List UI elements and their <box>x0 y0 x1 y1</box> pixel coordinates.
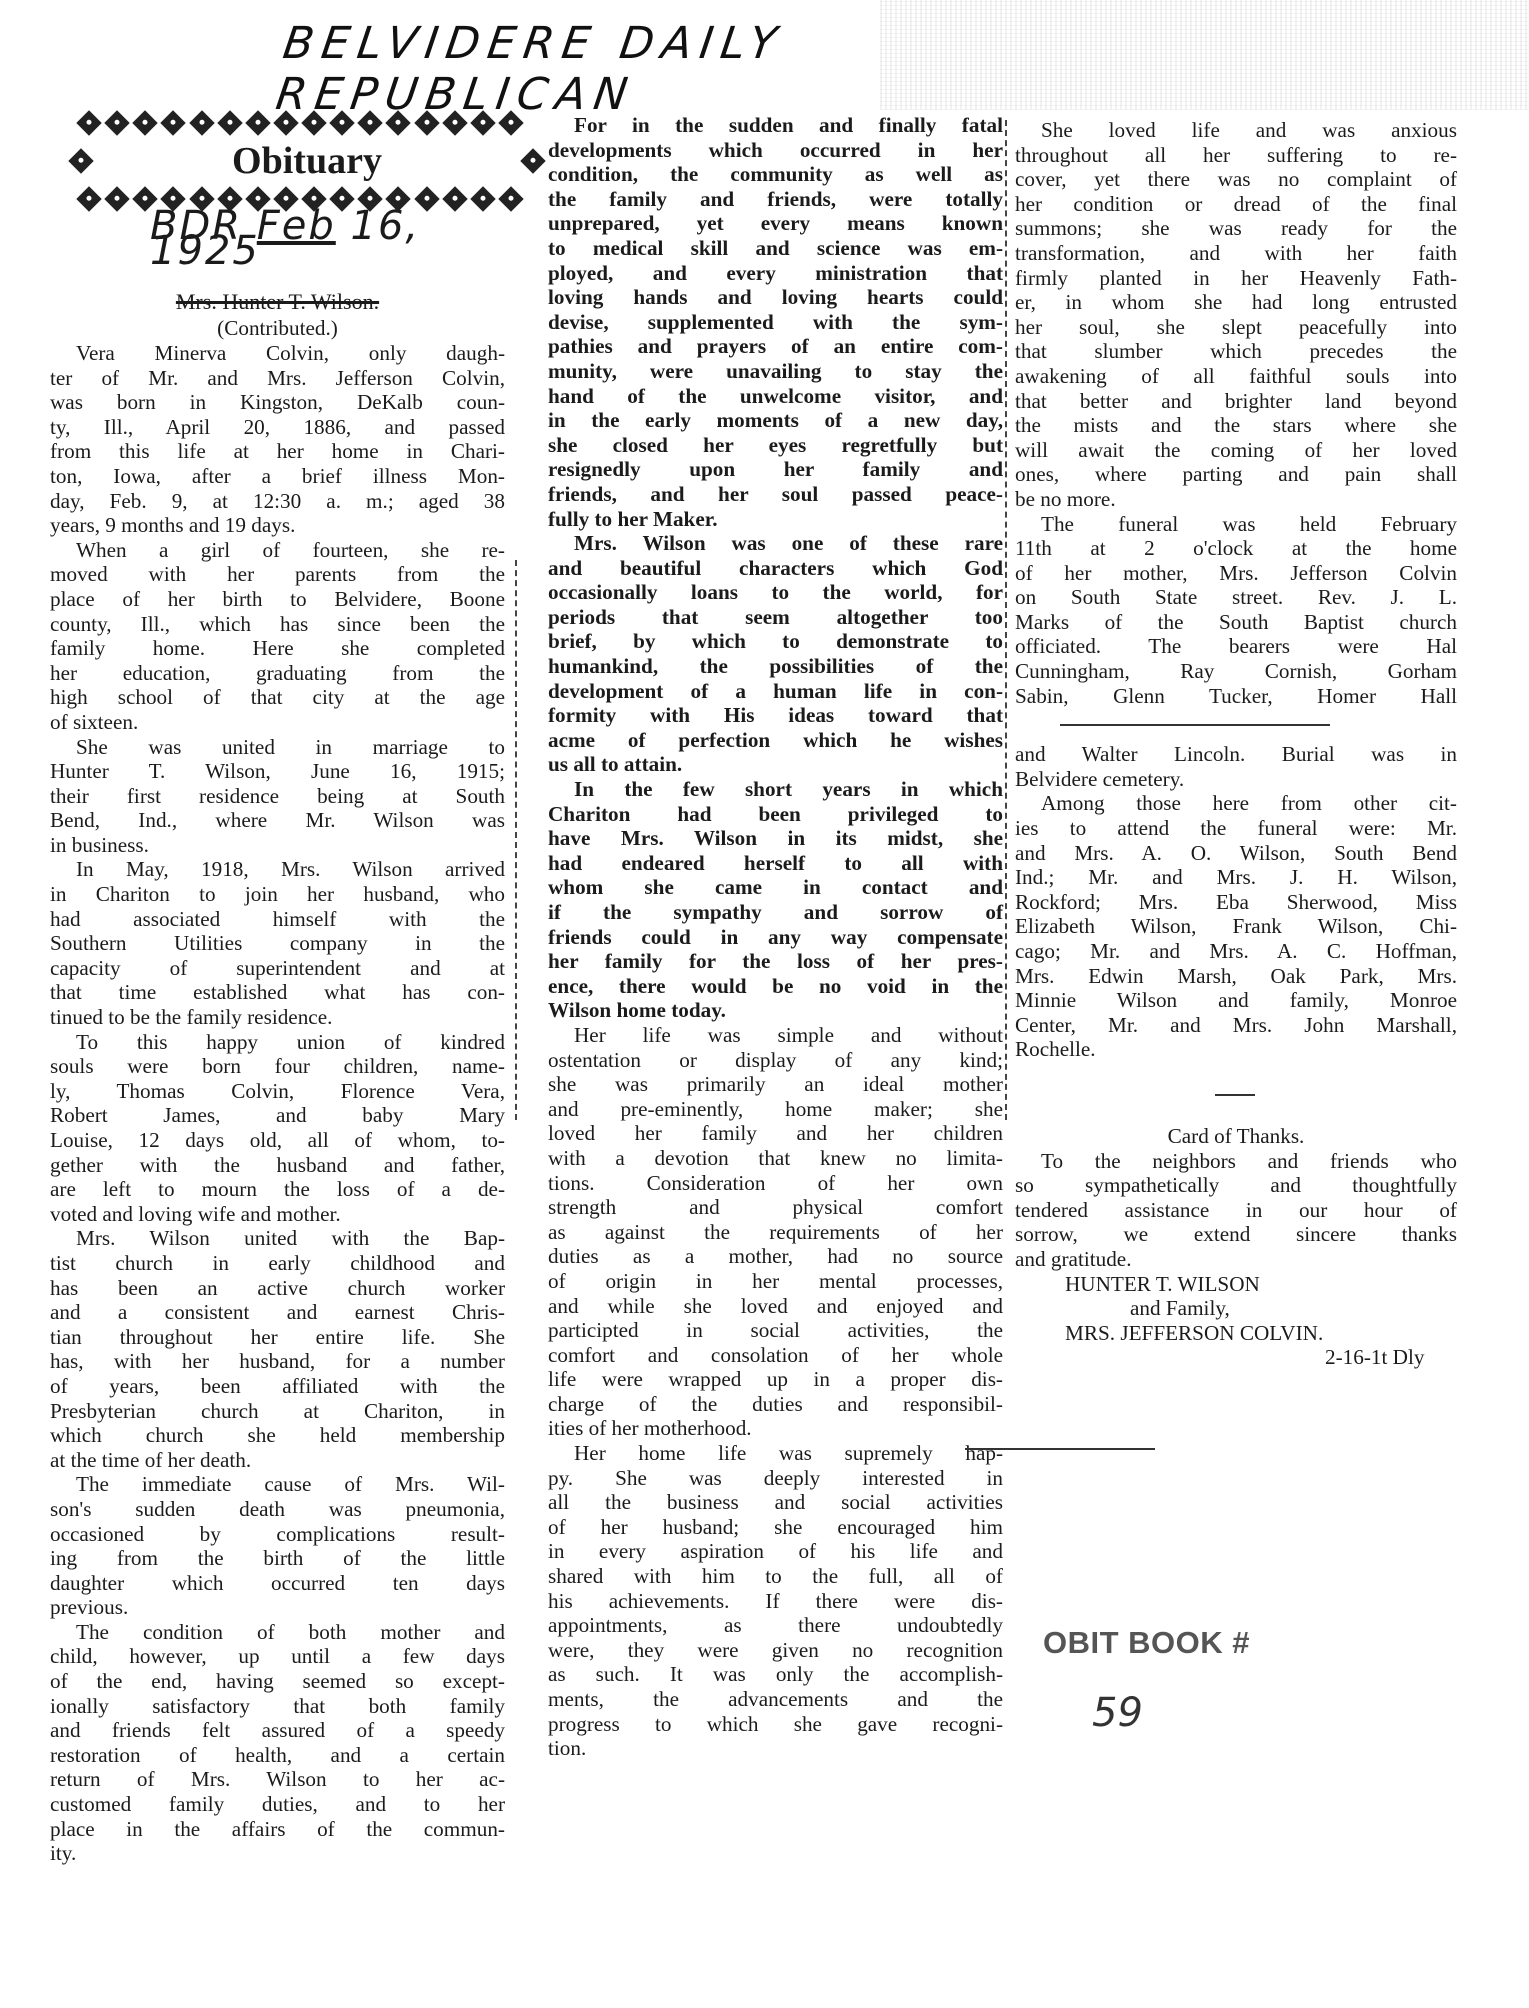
text-line: development of a human life in con- <box>548 679 1003 704</box>
text-line: as against the requirements of her <box>548 1220 1003 1245</box>
ornament-diamond-icon <box>104 186 129 211</box>
text-line: ones, where parting and pain shall <box>1015 462 1457 487</box>
text-line: that slumber which precedes the <box>1015 339 1457 364</box>
text-line: fully to her Maker. <box>548 507 1003 532</box>
text-line: summons; she was ready for the <box>1015 216 1457 241</box>
text-line: ing from the birth of the little <box>50 1546 505 1571</box>
text-line: Cunningham, Ray Cornish, Gorham <box>1015 659 1457 684</box>
text-line: his achievements. If there were dis- <box>548 1589 1003 1614</box>
text-line: Southern Utilities company in the <box>50 931 505 956</box>
text-line: awakening of all faithful souls into <box>1015 364 1457 389</box>
handwritten-date: BDR Feb 16, 1925 <box>150 214 505 270</box>
text-line: her family for the loss of her pres- <box>548 949 1003 974</box>
ornament-diamond-icon <box>161 110 186 135</box>
ornament-diamond-icon <box>104 110 129 135</box>
text-line: from this life at her home in Chari- <box>50 439 505 464</box>
text-line: place of her birth to Belvidere, Boone <box>50 587 505 612</box>
text-line: Chariton had been privileged to <box>548 802 1003 827</box>
card-of-thanks: Card of Thanks. To the neighbors and fri… <box>1015 1124 1457 1370</box>
text-line: in Chariton to join her husband, who <box>50 882 505 907</box>
column-2-bold-body: For in the sudden and finally fataldevel… <box>548 113 1003 1023</box>
text-line: developments which occurred in her <box>548 138 1003 163</box>
column-2: For in the sudden and finally fataldevel… <box>548 113 1003 1761</box>
text-line: Mrs. Wilson was one of these rare <box>548 531 1003 556</box>
ornament-diamond-icon <box>245 110 270 135</box>
text-line: tendered assistance in our hour of <box>1015 1198 1457 1223</box>
handwritten-date-month: Feb <box>257 203 336 249</box>
text-line: Ind.; Mr. and Mrs. J. H. Wilson, <box>1015 865 1457 890</box>
text-line: Presbyterian church at Chariton, in <box>50 1399 505 1424</box>
text-line: all the business and social activities <box>548 1490 1003 1515</box>
text-line: will await the coming of her loved <box>1015 438 1457 463</box>
text-line: brief, by which to demonstrate to <box>548 629 1003 654</box>
text-line: has, with her husband, for a number <box>50 1349 505 1374</box>
text-line: cago; Mr. and Mrs. A. C. Hoffman, <box>1015 939 1457 964</box>
text-line: daughter which occurred ten days <box>50 1571 505 1596</box>
column-3-bottom-body: and Walter Lincoln. Burial was inBelvide… <box>1015 742 1457 1062</box>
ornament-diamond-icon <box>442 186 467 211</box>
text-line: and friends felt assured of a speedy <box>50 1718 505 1743</box>
struck-name-text: Mrs. Hunter T. Wilson. <box>176 289 379 314</box>
text-line: and while she loved and enjoyed and <box>548 1294 1003 1319</box>
ornament-diamond-icon <box>470 186 495 211</box>
text-line: and Walter Lincoln. Burial was in <box>1015 742 1457 767</box>
text-line: restoration of health, and a certain <box>50 1743 505 1768</box>
text-line: of her mother, Mrs. Jefferson Colvin <box>1015 561 1457 586</box>
card-of-thanks-body: To the neighbors and friends whoso sympa… <box>1015 1149 1457 1272</box>
text-line: sorrow, we extend sincere thanks <box>1015 1222 1457 1247</box>
text-line: 11th at 2 o'clock at the home <box>1015 536 1457 561</box>
text-line: officiated. The bearers were Hal <box>1015 634 1457 659</box>
text-line: Elizabeth Wilson, Frank Wilson, Chi- <box>1015 914 1457 939</box>
ornament-diamond-icon <box>273 110 298 135</box>
text-line: cover, yet there was no complaint of <box>1015 167 1457 192</box>
text-line: loving hands and loving hearts could <box>548 285 1003 310</box>
ornament-diamond-icon <box>414 110 439 135</box>
obituary-heading-row: Obituary <box>72 138 542 184</box>
text-line: if the sympathy and sorrow of <box>548 900 1003 925</box>
text-line: that better and brighter land beyond <box>1015 389 1457 414</box>
signature-and-family: and Family, <box>1015 1296 1457 1321</box>
card-of-thanks-title: Card of Thanks. <box>1015 1124 1457 1149</box>
text-line: of sixteen. <box>50 710 505 735</box>
text-line: ter of Mr. and Mrs. Jefferson Colvin, <box>50 366 505 391</box>
text-line: Her life was simple and without <box>548 1023 1003 1048</box>
text-line: The immediate cause of Mrs. Wil- <box>50 1472 505 1497</box>
text-line: Rochelle. <box>1015 1037 1457 1062</box>
ornament-diamond-icon <box>358 110 383 135</box>
text-line: The funeral was held February <box>1015 512 1457 537</box>
text-line: participted in social activities, the <box>548 1318 1003 1343</box>
text-line: years, 9 months and 19 days. <box>50 513 505 538</box>
text-line: were, they were given no recognition <box>548 1638 1003 1663</box>
text-line: has been an active church worker <box>50 1276 505 1301</box>
text-line: Belvidere cemetery. <box>1015 767 1457 792</box>
text-line: the family and friends, were totally <box>548 187 1003 212</box>
ornament-diamond-icon <box>76 110 101 135</box>
text-line: which church she held membership <box>50 1423 505 1448</box>
text-line: life were wrapped up in a proper dis- <box>548 1367 1003 1392</box>
text-line: Sabin, Glenn Tucker, Homer Hall <box>1015 684 1457 709</box>
text-line: occasioned by complications result- <box>50 1522 505 1547</box>
signature-mrs-colvin: MRS. JEFFERSON COLVIN. <box>1015 1321 1457 1346</box>
text-line: are left to mourn the loss of a de- <box>50 1177 505 1202</box>
text-line: tions. Consideration of her own <box>548 1171 1003 1196</box>
text-line: The condition of both mother and <box>50 1620 505 1645</box>
column-1-body: Vera Minerva Colvin, only daugh-ter of M… <box>50 341 505 1866</box>
text-line: whom she came in contact and <box>548 875 1003 900</box>
text-line: friends, and her soul passed peace- <box>548 482 1003 507</box>
text-line: high school of that city at the age <box>50 685 505 710</box>
ornament-diamond-icon <box>498 186 523 211</box>
text-line: had endeared herself to all with <box>548 851 1003 876</box>
text-line: condition, the community as well as <box>548 162 1003 187</box>
text-line: on South State street. Rev. J. L. <box>1015 585 1457 610</box>
text-line: her condition or dread of the final <box>1015 192 1457 217</box>
text-line: firmly planted in her Heavenly Fath- <box>1015 266 1457 291</box>
text-line: resignedly upon her family and <box>548 457 1003 482</box>
text-line: ly, Thomas Colvin, Florence Vera, <box>50 1079 505 1104</box>
obit-book-stamp: OBIT BOOK # <box>1043 1625 1250 1661</box>
text-line: For in the sudden and finally fatal <box>548 113 1003 138</box>
text-line: Vera Minerva Colvin, only daugh- <box>50 341 505 366</box>
text-line: Center, Mr. and Mrs. John Marshall, <box>1015 1013 1457 1038</box>
ornament-diamond-icon <box>189 110 214 135</box>
text-line: gether with the husband and father, <box>50 1153 505 1178</box>
column-divider-2 <box>1005 120 1007 1120</box>
text-line: ence, there would be no void in the <box>548 974 1003 999</box>
text-line: munity, were unavailing to stay the <box>548 359 1003 384</box>
text-line: capacity of superintendent and at <box>50 956 505 981</box>
text-line: appointments, as there undoubtedly <box>548 1613 1003 1638</box>
text-line: day, Feb. 9, at 12:30 a. m.; aged 38 <box>50 489 505 514</box>
text-line: In the few short years in which <box>548 777 1003 802</box>
text-line: Marks of the South Baptist church <box>1015 610 1457 635</box>
text-line: and Mrs. A. O. Wilson, South Bend <box>1015 841 1457 866</box>
text-line: that time established what has con- <box>50 980 505 1005</box>
text-line: return of Mrs. Wilson to her ac- <box>50 1767 505 1792</box>
text-line: the mists and the stars where she <box>1015 413 1457 438</box>
text-line: of her husband; she encouraged him <box>548 1515 1003 1540</box>
contributed-label: (Contributed.) <box>50 316 505 341</box>
text-line: had associated himself with the <box>50 907 505 932</box>
text-line: devise, supplemented with the sym- <box>548 310 1003 335</box>
ornament-diamond-icon <box>329 110 354 135</box>
text-line: shared with him to the full, all of <box>548 1564 1003 1589</box>
text-line: of years, been affiliated with the <box>50 1374 505 1399</box>
text-line: hand of the unwelcome visitor, and <box>548 384 1003 409</box>
ornament-diamond-icon <box>217 110 242 135</box>
ornament-diamond-icon <box>68 148 93 173</box>
text-line: ionally satisfactory that both family <box>50 1694 505 1719</box>
text-line: was born in Kingston, DeKalb coun- <box>50 390 505 415</box>
text-line: Hunter T. Wilson, June 16, 1915; <box>50 759 505 784</box>
section-rule-wrap <box>1015 708 1457 742</box>
text-line: progress to which she gave recogni- <box>548 1712 1003 1737</box>
text-line: formity with His ideas toward that <box>548 703 1003 728</box>
text-line: their first residence being at South <box>50 784 505 809</box>
text-line: To this happy union of kindred <box>50 1030 505 1055</box>
ornament-diamond-icon <box>76 186 101 211</box>
obituary-heading: Obituary <box>232 149 382 174</box>
text-line: Her home life was supremely hap- <box>548 1441 1003 1466</box>
obit-book-number: 59 <box>1092 1690 1143 1736</box>
text-line: Mrs. Edwin Marsh, Oak Park, Mrs. <box>1015 964 1457 989</box>
text-line: with a devotion that knew no limita- <box>548 1146 1003 1171</box>
ornament-diamond-icon <box>301 110 326 135</box>
text-line: son's sudden death was pneumonia, <box>50 1497 505 1522</box>
text-line: ities of her motherhood. <box>548 1416 1003 1441</box>
text-line: of origin in her mental processes, <box>548 1269 1003 1294</box>
text-line: and a consistent and earnest Chris- <box>50 1300 505 1325</box>
text-line: ostentation or display of any kind; <box>548 1048 1003 1073</box>
text-line: Robert James, and baby Mary <box>50 1103 505 1128</box>
text-line: ployed, and every ministration that <box>548 261 1003 286</box>
text-line: and gratitude. <box>1015 1247 1457 1272</box>
text-line: tinued to be the family residence. <box>50 1005 505 1030</box>
text-line: friends could in any way compensate <box>548 925 1003 950</box>
text-line: ty, Ill., April 20, 1886, and passed <box>50 415 505 440</box>
text-line: she was primarily an ideal mother <box>548 1072 1003 1097</box>
text-line: ies to attend the funeral were: Mr. <box>1015 816 1457 841</box>
text-line: child, however, up until a few days <box>50 1644 505 1669</box>
text-line: Mrs. Wilson united with the Bap- <box>50 1226 505 1251</box>
column-2-body: Her life was simple and withoutostentati… <box>548 1023 1003 1761</box>
text-line: be no more. <box>1015 487 1457 512</box>
text-line: Rockford; Mrs. Eba Sherwood, Miss <box>1015 890 1457 915</box>
text-line: in business. <box>50 833 505 858</box>
text-line: moved with her parents from the <box>50 562 505 587</box>
text-line: ity. <box>50 1841 505 1866</box>
text-line: loved her family and her children <box>548 1121 1003 1146</box>
ornament-diamond-icon <box>442 110 467 135</box>
text-line: Minnie Wilson and family, Monroe <box>1015 988 1457 1013</box>
ornament-diamond-icon <box>386 110 411 135</box>
text-line: tian throughout her entire life. She <box>50 1325 505 1350</box>
text-line: her education, graduating from the <box>50 661 505 686</box>
text-line: Wilson home today. <box>548 998 1003 1023</box>
text-line: she closed her eyes regretfully but <box>548 433 1003 458</box>
card-bottom-rule <box>965 1448 1155 1450</box>
column-3: She loved life and was anxiousthroughout… <box>1015 118 1457 1370</box>
text-line: Bend, Ind., where Mr. Wilson was <box>50 808 505 833</box>
column-1: Obituary BDR Feb 16, 1925 Mrs. Hunter T.… <box>50 108 505 1866</box>
ornament-diamond-icon <box>470 110 495 135</box>
text-line: and beautiful characters which God <box>548 556 1003 581</box>
ornament-row-top <box>80 108 520 138</box>
text-line: In May, 1918, Mrs. Wilson arrived <box>50 857 505 882</box>
text-line: place in the affairs of the commun- <box>50 1817 505 1842</box>
text-line: family home. Here she completed <box>50 636 505 661</box>
text-line: souls were born four children, name- <box>50 1054 505 1079</box>
text-line: py. She was deeply interested in <box>548 1466 1003 1491</box>
text-line: as such. It was only the accomplish- <box>548 1662 1003 1687</box>
text-line: periods that seem altogether too <box>548 605 1003 630</box>
text-line: When a girl of fourteen, she re- <box>50 538 505 563</box>
text-line: previous. <box>50 1595 505 1620</box>
column-3-top-body: She loved life and was anxiousthroughout… <box>1015 118 1457 708</box>
struck-through-name: Mrs. Hunter T. Wilson. <box>50 290 505 316</box>
column-divider-1 <box>515 560 517 1120</box>
text-line: Louise, 12 days old, all of whom, to- <box>50 1128 505 1153</box>
short-rule-wrap <box>1015 1062 1457 1124</box>
text-line: county, Ill., which has since been the <box>50 612 505 637</box>
text-line: tion. <box>548 1736 1003 1761</box>
ornament-diamond-icon <box>133 110 158 135</box>
short-rule <box>1215 1094 1255 1096</box>
text-line: unprepared, yet every means known <box>548 211 1003 236</box>
text-line: Among those here from other cit- <box>1015 791 1457 816</box>
text-line: acme of perfection which he wishes <box>548 728 1003 753</box>
text-line: and pre-eminently, home maker; she <box>548 1097 1003 1122</box>
text-line: She loved life and was anxious <box>1015 118 1457 143</box>
text-line: in every aspiration of his life and <box>548 1539 1003 1564</box>
text-line: tist church in early childhood and <box>50 1251 505 1276</box>
text-line: transformation, and with her faith <box>1015 241 1457 266</box>
text-line: strength and physical comfort <box>548 1195 1003 1220</box>
text-line: humankind, the possibilities of the <box>548 654 1003 679</box>
text-line: ments, the advancements and the <box>548 1687 1003 1712</box>
ornament-diamond-icon <box>498 110 523 135</box>
text-line: She was united in marriage to <box>50 735 505 760</box>
text-line: customed family duties, and to her <box>50 1792 505 1817</box>
text-line: occasionally loans to the world, for <box>548 580 1003 605</box>
text-line: comfort and consolation of her whole <box>548 1343 1003 1368</box>
text-line: at the time of her death. <box>50 1448 505 1473</box>
text-line: of the end, having seemed so except- <box>50 1669 505 1694</box>
section-rule <box>1060 724 1330 726</box>
text-line: us all to attain. <box>548 752 1003 777</box>
signature-hunter-wilson: HUNTER T. WILSON <box>1015 1272 1457 1297</box>
text-line: her soul, she slept peacefully into <box>1015 315 1457 340</box>
text-line: To the neighbors and friends who <box>1015 1149 1457 1174</box>
text-line: er, in whom she had long entrusted <box>1015 290 1457 315</box>
text-line: voted and loving wife and mother. <box>50 1202 505 1227</box>
text-line: so sympathetically and thoughtfully <box>1015 1173 1457 1198</box>
text-line: duties as a mother, had no source <box>548 1244 1003 1269</box>
text-line: throughout all her suffering to re- <box>1015 143 1457 168</box>
masthead-handwritten: BELVIDERE DAILY REPUBLICAN <box>273 18 1107 120</box>
text-line: have Mrs. Wilson in its midst, she <box>548 826 1003 851</box>
text-line: ton, Iowa, after a brief illness Mon- <box>50 464 505 489</box>
ornament-diamond-icon <box>520 148 545 173</box>
ad-code: 2-16-1t Dly <box>1015 1345 1457 1370</box>
text-line: pathies and prayers of an entire com- <box>548 334 1003 359</box>
text-line: in the early moments of a new day, <box>548 408 1003 433</box>
text-line: charge of the duties and responsibil- <box>548 1392 1003 1417</box>
text-line: to medical skill and science was em- <box>548 236 1003 261</box>
